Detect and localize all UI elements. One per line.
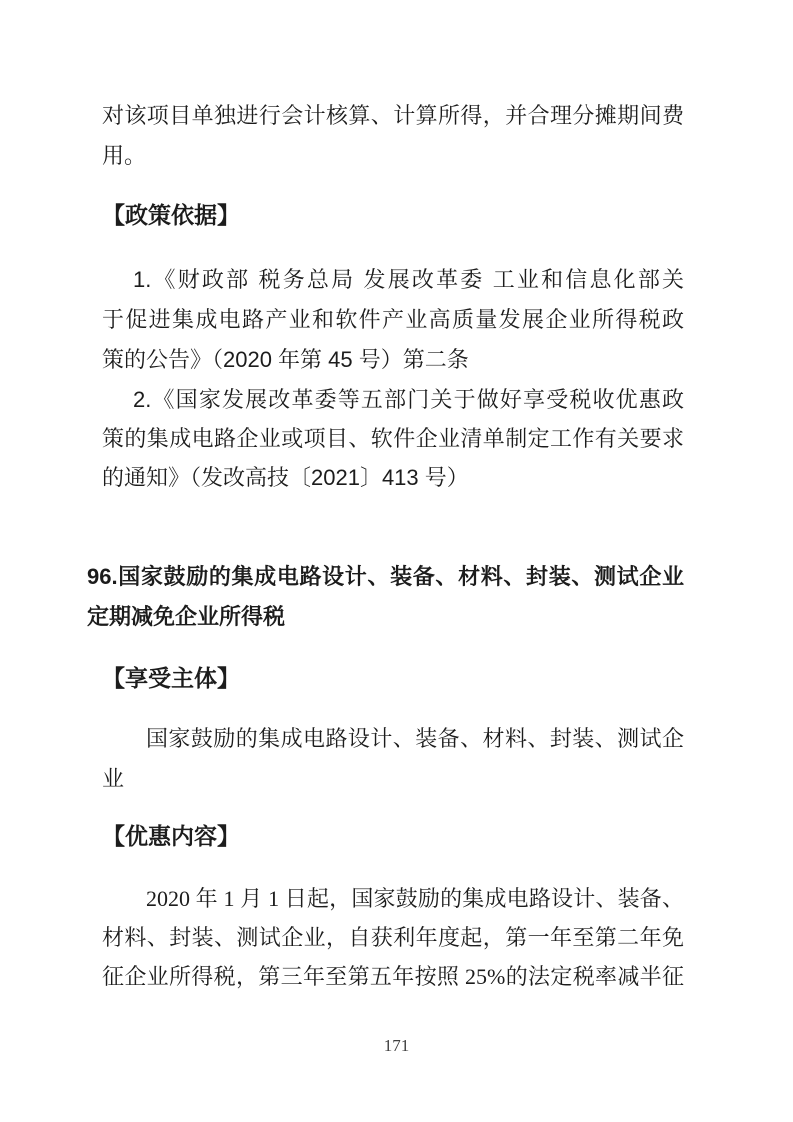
section-heading-line: 96.国家鼓励的集成电路设计、装备、材料、封装、测试企业 <box>87 564 684 589</box>
policy-item-line: 策的集成电路企业或项目、软件企业清单制定工作有关要求 <box>102 427 684 451</box>
section-heading-line: 定期减免企业所得税 <box>87 604 684 629</box>
body-line: 2020 年 1 月 1 日起，国家鼓励的集成电路设计、装备、 <box>102 887 684 911</box>
body-line: 国家鼓励的集成电路设计、装备、材料、封装、测试企 <box>102 727 684 751</box>
body-line: 业 <box>102 767 684 791</box>
body-line: 材料、封装、测试企业，自获利年度起，第一年至第二年免 <box>102 926 684 950</box>
document-page: 对该项目单独进行会计核算、计算所得，并合理分摊期间费 用。 【政策依据】 1.《… <box>0 0 793 1122</box>
page-number: 171 <box>0 1036 793 1055</box>
body-line: 用。 <box>102 144 684 168</box>
policy-item-line: 1.《财政部 税务总局 发展改革委 工业和信息化部关 <box>102 268 684 292</box>
body-line: 对该项目单独进行会计核算、计算所得，并合理分摊期间费 <box>102 104 684 128</box>
policy-item-line: 2.《国家发展改革委等五部门关于做好享受税收优惠政 <box>102 388 684 412</box>
policy-item-line: 策的公告》（2020 年第 45 号）第二条 <box>102 348 684 372</box>
benefit-content-heading: 【优惠内容】 <box>102 824 684 849</box>
policy-item-line: 的通知》（发改高技〔2021〕413 号） <box>102 466 684 490</box>
policy-item-line: 于促进集成电路产业和软件产业高质量发展企业所得税政 <box>102 308 684 332</box>
body-line: 征企业所得税，第三年至第五年按照 25%的法定税率减半征 <box>102 965 684 989</box>
eligible-subject-heading: 【享受主体】 <box>102 666 684 691</box>
policy-basis-heading: 【政策依据】 <box>102 203 684 228</box>
